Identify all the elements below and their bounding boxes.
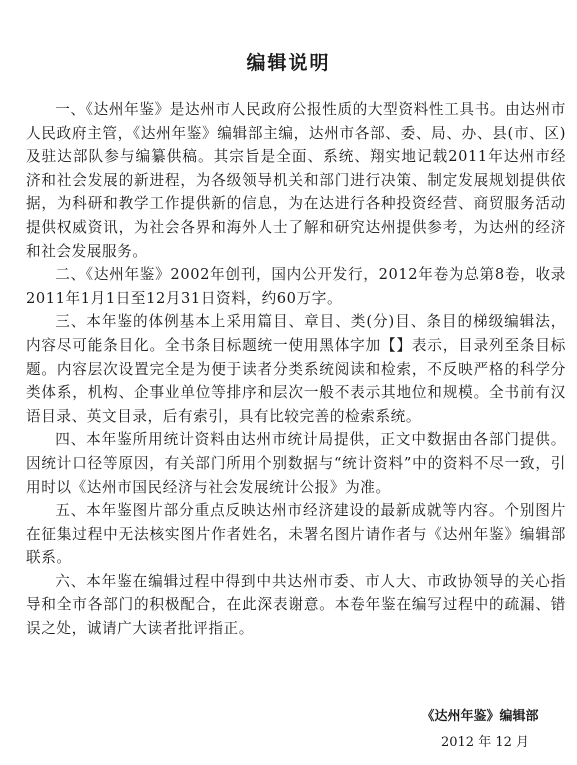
signature-date: 2012 年 12 月 bbox=[405, 732, 565, 754]
signature: 《达州年鉴》编辑部 bbox=[405, 706, 555, 728]
paragraph-5: 五、本年鉴图片部分重点反映达州市经济建设的最新成就等内容。个别图片在征集过程中无… bbox=[26, 499, 566, 570]
body-text: 一、《达州年鉴》是达州市人民政府公报性质的大型资料性工具书。由达州市人民政府主管… bbox=[26, 98, 566, 641]
paragraph-3: 三、本年鉴的体例基本上采用篇目、章目、类(分)目、条目的梯级编辑法，内容尽可能条… bbox=[26, 310, 566, 428]
paragraph-1: 一、《达州年鉴》是达州市人民政府公报性质的大型资料性工具书。由达州市人民政府主管… bbox=[26, 98, 566, 263]
paragraph-6: 六、本年鉴在编辑过程中得到中共达州市委、市人大、市政协领导的关心指导和全市各部门… bbox=[26, 570, 566, 641]
paragraph-2: 二、《达州年鉴》2002年创刊，国内公开发行，2012年卷为总第8卷，收录201… bbox=[26, 263, 566, 310]
page-title: 编辑说明 bbox=[0, 50, 577, 76]
paragraph-4: 四、本年鉴所用统计资料由达州市统计局提供，正文中数据由各部门提供。因统计口径等原… bbox=[26, 428, 566, 499]
